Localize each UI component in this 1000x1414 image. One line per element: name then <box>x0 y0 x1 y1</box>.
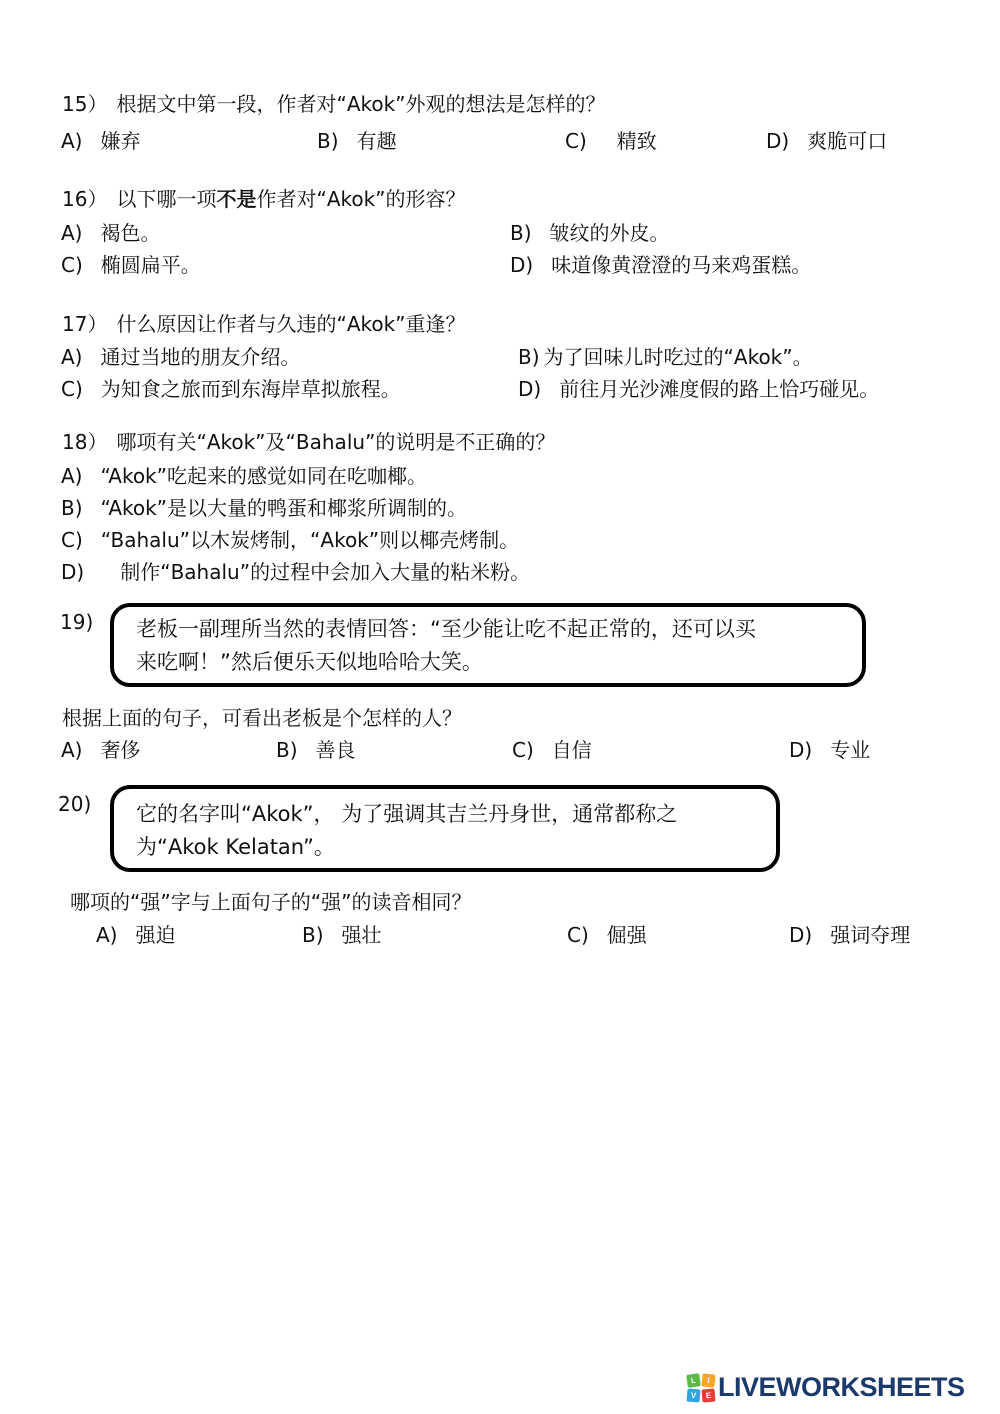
option-label: C) <box>565 128 587 154</box>
option-20-c[interactable]: C)倔强 <box>567 922 647 948</box>
option-15-b[interactable]: B)有趣 <box>317 128 397 154</box>
question-16-stem-pre: 以下哪一项 <box>116 187 216 211</box>
option-text: 专业 <box>830 737 870 763</box>
option-text: 善良 <box>316 737 356 763</box>
question-15-number: 15） <box>62 92 107 116</box>
liveworksheets-grid-icon: L I V E <box>687 1374 715 1402</box>
option-18-d[interactable]: D)制作“Bahalu”的过程中会加入大量的粘米粉。 <box>61 559 530 585</box>
option-label: A) <box>61 128 82 154</box>
option-text: 强迫 <box>135 922 175 948</box>
option-20-b[interactable]: B)强壮 <box>302 922 382 948</box>
option-text: 制作“Bahalu”的过程中会加入大量的粘米粉。 <box>120 559 530 585</box>
question-20-number: 20) <box>58 792 91 816</box>
option-label: C) <box>61 527 83 553</box>
option-label: C) <box>61 252 83 278</box>
logo-square-e: E <box>701 1388 715 1402</box>
option-text: 精致 <box>617 128 657 154</box>
question-18-number: 18） <box>62 430 107 454</box>
option-text: “Akok”吃起来的感觉如同在吃咖椰。 <box>100 463 427 489</box>
option-label: C) <box>61 376 83 402</box>
option-17-a[interactable]: A)通过当地的朋友介绍。 <box>61 344 300 370</box>
liveworksheets-logo[interactable]: L I V E LIVEWORKSHEETS <box>687 1372 965 1403</box>
question-19-question: 根据上面的句子，可看出老板是个怎样的人？ <box>62 705 462 731</box>
option-text: 前往月光沙滩度假的路上恰巧碰见。 <box>559 376 879 402</box>
option-text: 自信 <box>552 737 592 763</box>
question-15-stem: 15）根据文中第一段，作者对“Akok”外观的想法是怎样的？ <box>62 91 606 117</box>
option-text: “Bahalu”以木炭烤制，“Akok”则以椰壳烤制。 <box>101 527 519 553</box>
question-16-stem-bold: 不是 <box>216 187 256 211</box>
question-19-number: 19) <box>60 610 93 634</box>
option-15-d[interactable]: D)爽脆可口 <box>766 128 887 154</box>
worksheet-page: 15）根据文中第一段，作者对“Akok”外观的想法是怎样的？ A)嫌弃 B)有趣… <box>0 0 1000 1414</box>
option-18-b[interactable]: B)“Akok”是以大量的鸭蛋和椰浆所调制的。 <box>61 495 467 521</box>
option-16-d[interactable]: D)味道像黄澄澄的马来鸡蛋糕。 <box>510 252 811 278</box>
quote-line: 为“Akok Kelatan”。 <box>136 831 752 864</box>
option-15-a[interactable]: A)嫌弃 <box>61 128 140 154</box>
option-18-a[interactable]: A)“Akok”吃起来的感觉如同在吃咖椰。 <box>61 463 427 489</box>
option-label: A) <box>61 463 82 489</box>
option-label: D) <box>510 252 533 278</box>
logo-square-l: L <box>686 1373 701 1388</box>
option-18-c[interactable]: C)“Bahalu”以木炭烤制，“Akok”则以椰壳烤制。 <box>61 527 519 553</box>
question-19-quote-box: 老板一副理所当然的表情回答：“至少能让吃不起正常的，还可以买 来吃啊！”然后便乐… <box>110 603 866 687</box>
option-17-d[interactable]: D)前往月光沙滩度假的路上恰巧碰见。 <box>518 376 879 402</box>
option-20-a[interactable]: A)强迫 <box>96 922 175 948</box>
option-label: D) <box>766 128 789 154</box>
option-label: D) <box>789 737 812 763</box>
question-20-question: 哪项的“强”字与上面句子的“强”的读音相同？ <box>70 889 471 915</box>
option-15-c[interactable]: C)精致 <box>565 128 657 154</box>
question-17-number: 17） <box>62 312 107 336</box>
quote-line: 老板一副理所当然的表情回答：“至少能让吃不起正常的，还可以买 <box>136 613 838 646</box>
option-label: C) <box>567 922 589 948</box>
option-label: C) <box>512 737 534 763</box>
question-18-stem: 18）哪项有关“Akok”及“Bahalu”的说明是不正确的？ <box>62 429 555 455</box>
option-label: B) <box>61 495 83 521</box>
option-label: A) <box>61 344 82 370</box>
option-label: B) <box>518 344 540 370</box>
liveworksheets-wordmark: LIVEWORKSHEETS <box>718 1372 965 1403</box>
option-text: 椭圆扁平。 <box>101 252 201 278</box>
logo-square-i: I <box>701 1373 715 1387</box>
option-text: 味道像黄澄澄的马来鸡蛋糕。 <box>551 252 811 278</box>
option-label: B) <box>276 737 298 763</box>
quote-line: 来吃啊！”然后便乐天似地哈哈大笑。 <box>136 646 838 679</box>
option-16-c[interactable]: C)椭圆扁平。 <box>61 252 201 278</box>
option-19-b[interactable]: B)善良 <box>276 737 356 763</box>
option-label: B) <box>302 922 324 948</box>
question-16-stem-post: 作者对“Akok”的形容？ <box>256 187 465 211</box>
question-15-stem-text: 根据文中第一段，作者对“Akok”外观的想法是怎样的？ <box>116 92 605 116</box>
option-16-a[interactable]: A)褐色。 <box>61 220 160 246</box>
option-text: “Akok”是以大量的鸭蛋和椰浆所调制的。 <box>101 495 468 521</box>
option-20-d[interactable]: D)强词夺理 <box>789 922 910 948</box>
option-17-b[interactable]: B)为了回味儿时吃过的“Akok”。 <box>518 344 813 370</box>
option-19-a[interactable]: A)奢侈 <box>61 737 140 763</box>
option-text: 爽脆可口 <box>807 128 887 154</box>
option-text: 强壮 <box>342 922 382 948</box>
option-19-c[interactable]: C)自信 <box>512 737 592 763</box>
option-text: 通过当地的朋友介绍。 <box>100 344 300 370</box>
option-text: 为知食之旅而到东海岸草拟旅程。 <box>101 376 401 402</box>
option-text: 倔强 <box>607 922 647 948</box>
option-label: D) <box>518 376 541 402</box>
option-text: 皱纹的外皮。 <box>550 220 670 246</box>
option-label: A) <box>61 737 82 763</box>
option-label: D) <box>789 922 812 948</box>
question-18-stem-text: 哪项有关“Akok”及“Bahalu”的说明是不正确的？ <box>116 430 555 454</box>
option-label: A) <box>96 922 117 948</box>
option-label: D) <box>61 559 84 585</box>
option-label: B) <box>510 220 532 246</box>
option-text: 嫌弃 <box>100 128 140 154</box>
question-16-stem: 16）以下哪一项不是作者对“Akok”的形容？ <box>62 186 466 212</box>
quote-line: 它的名字叫“Akok”， 为了强调其吉兰丹身世，通常都称之 <box>136 798 752 831</box>
question-17-stem: 17）什么原因让作者与久违的“Akok”重逢？ <box>62 311 466 337</box>
logo-square-v: V <box>686 1388 700 1402</box>
option-text: 为了回味儿时吃过的“Akok”。 <box>544 344 813 370</box>
option-text: 奢侈 <box>100 737 140 763</box>
option-text: 强词夺理 <box>830 922 910 948</box>
question-20-quote-box: 它的名字叫“Akok”， 为了强调其吉兰丹身世，通常都称之 为“Akok Kel… <box>110 785 780 872</box>
question-16-number: 16） <box>62 187 107 211</box>
option-label: A) <box>61 220 82 246</box>
option-text: 褐色。 <box>100 220 160 246</box>
option-16-b[interactable]: B)皱纹的外皮。 <box>510 220 670 246</box>
option-label: B) <box>317 128 339 154</box>
option-19-d[interactable]: D)专业 <box>789 737 870 763</box>
option-text: 有趣 <box>357 128 397 154</box>
option-17-c[interactable]: C)为知食之旅而到东海岸草拟旅程。 <box>61 376 401 402</box>
question-17-stem-text: 什么原因让作者与久违的“Akok”重逢？ <box>116 312 465 336</box>
